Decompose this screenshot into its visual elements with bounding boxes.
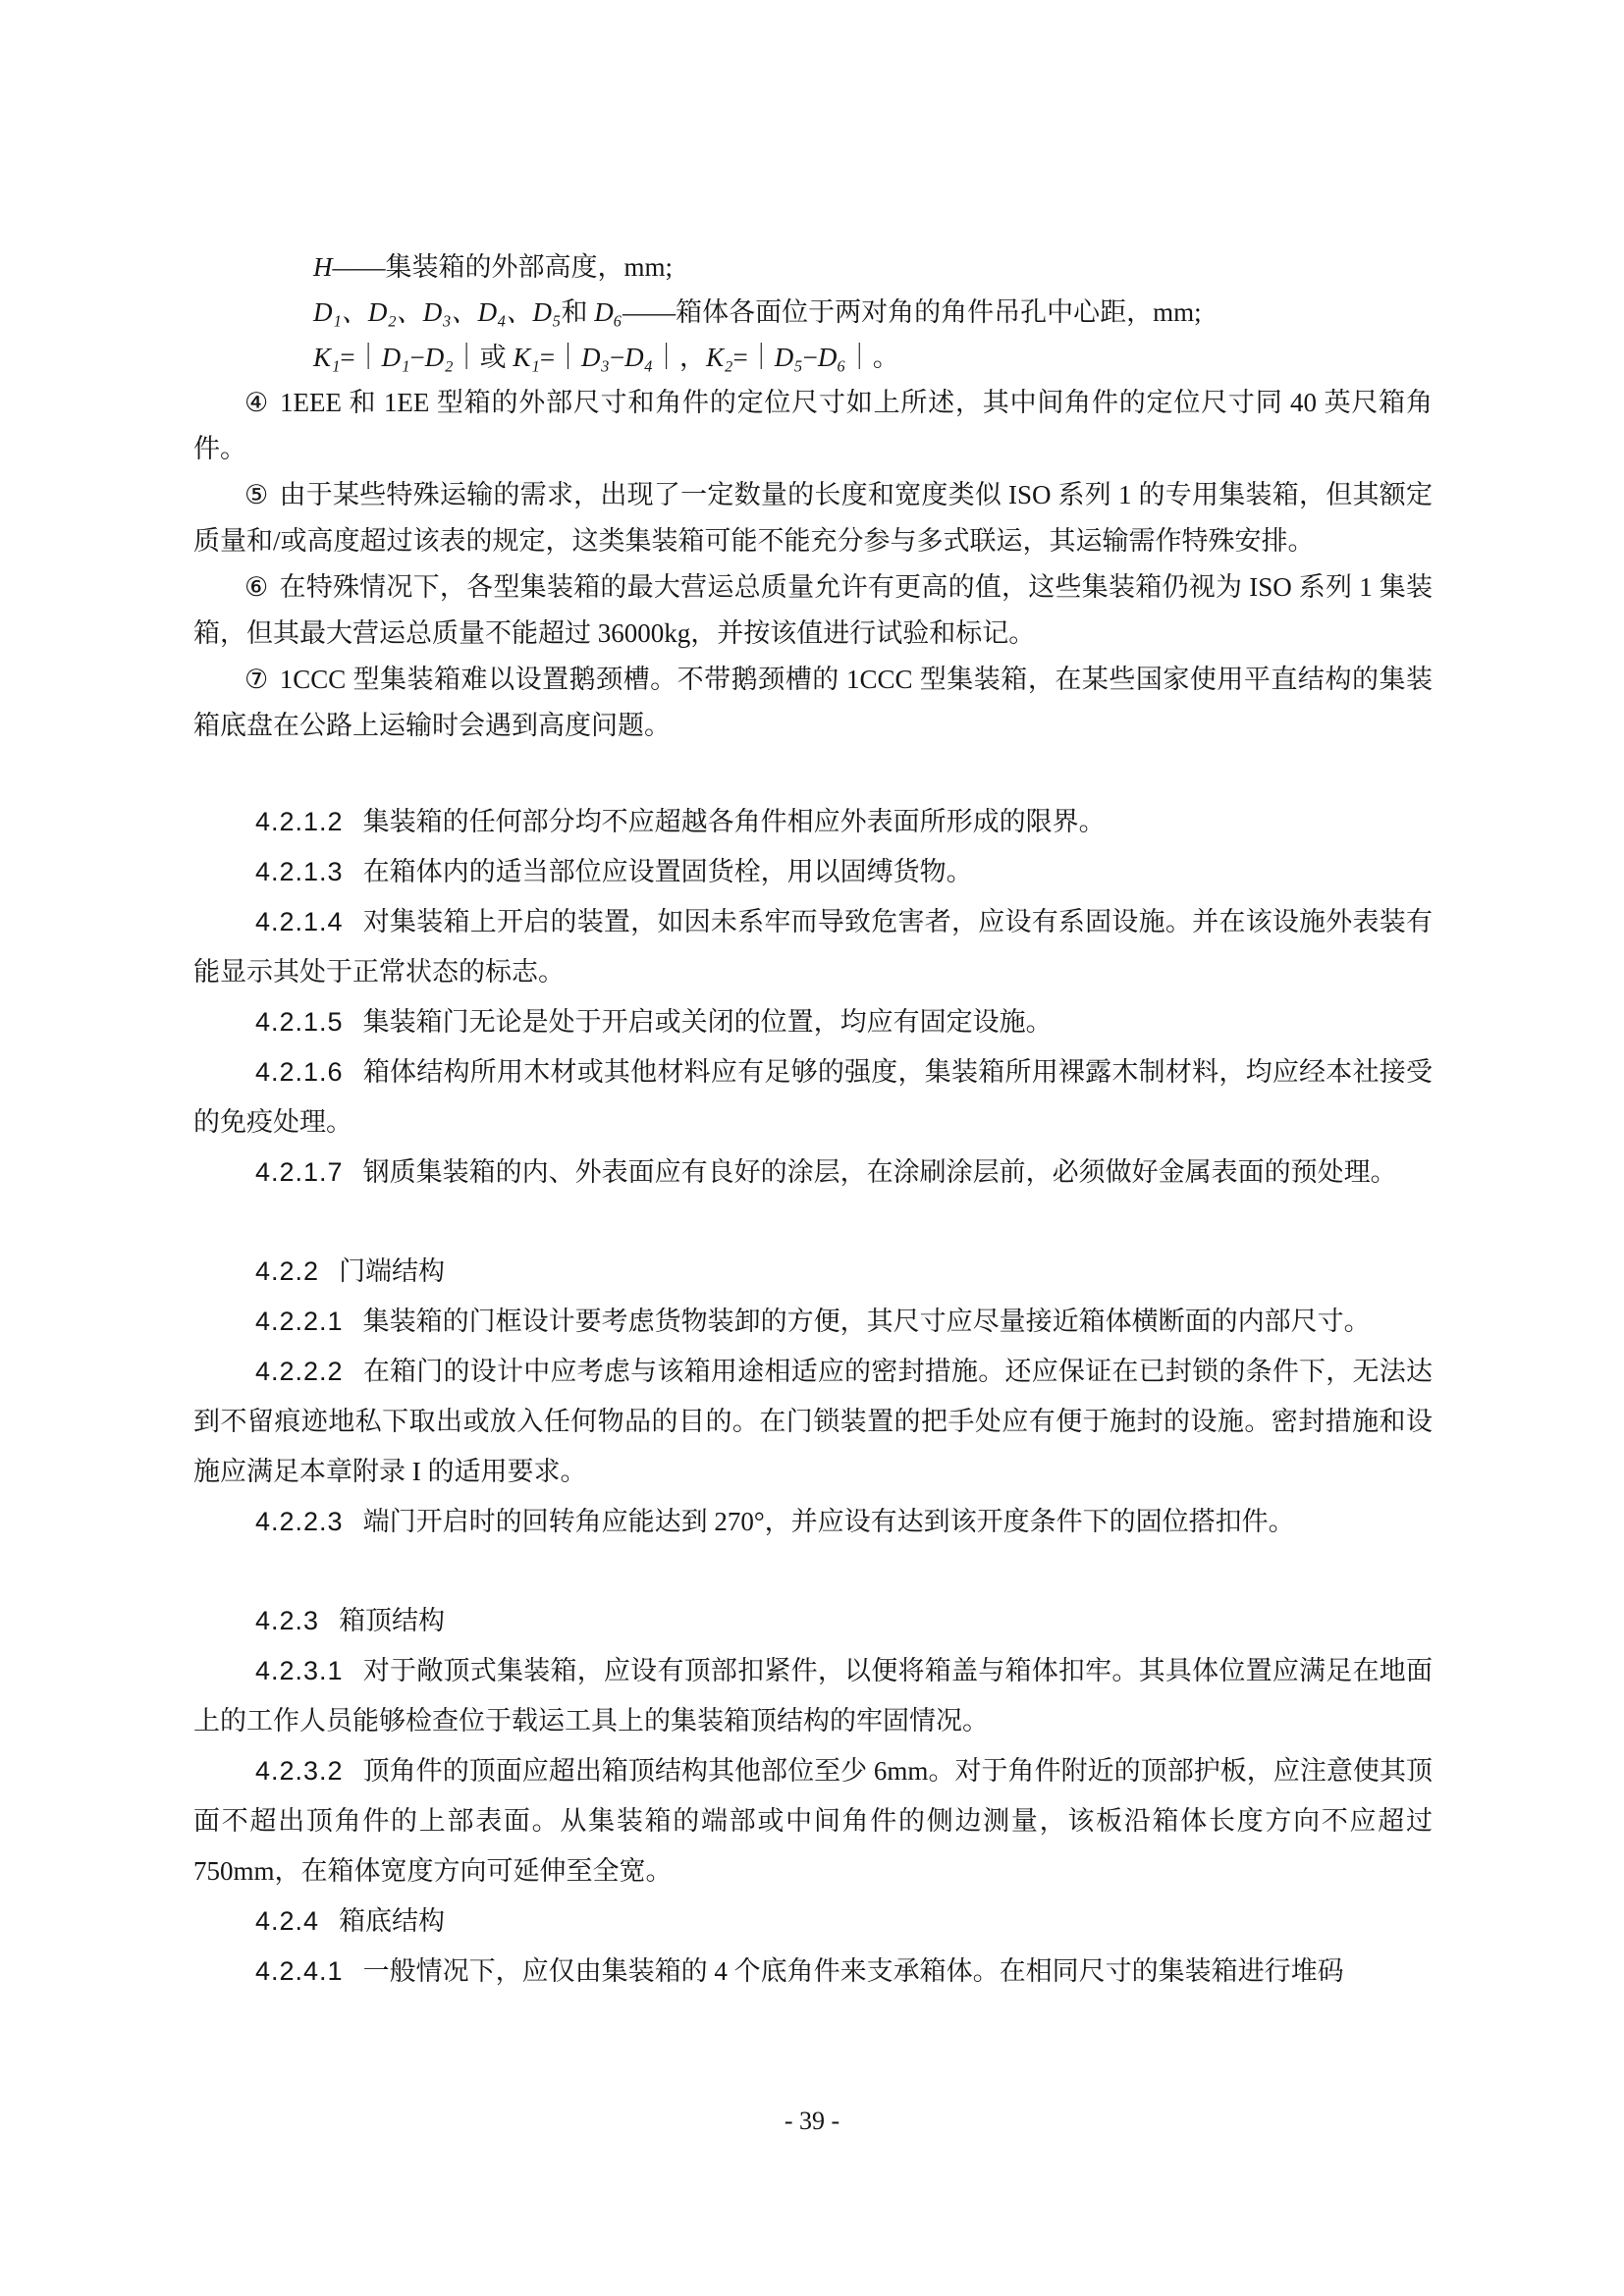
clause-text: 顶角件的顶面应超出箱顶结构其他部位至少 6mm。对于角件附近的顶部护板，应注意使… — [193, 1756, 1433, 1886]
notes-block: ④1EEE 和 1EE 型箱的外部尺寸和角件的定位尺寸如上所述，其中间角件的定位… — [193, 380, 1433, 749]
clause-text: 集装箱门无论是处于开启或关闭的位置，均应有固定设施。 — [363, 1007, 1053, 1037]
section-number: 4.2.2 — [255, 1256, 319, 1286]
clause-number: 4.2.1.2 — [255, 807, 344, 836]
section-heading-423: 4.2.3箱顶结构 — [193, 1596, 1433, 1646]
clause-text: 对集装箱上开启的装置，如因未系牢而导致危害者，应设有系固设施。并在该设施外表装有… — [193, 907, 1433, 987]
document-page: H——集装箱的外部高度，mm; D₁、D₂、D₃、D₄、D₅和 D₆——箱体各面… — [0, 0, 1624, 2296]
clause-text: 在箱体内的适当部位应设置固货栓，用以固缚货物。 — [363, 857, 973, 886]
definition-line-k: K₁=｜D₁−D₂｜或 K₁=｜D₃−D₄｜，K₂=｜D₅−D₆｜。 — [313, 335, 1433, 380]
section-424: 4.2.4箱底结构 4.2.4.1一般情况下，应仅由集装箱的 4 个底角件来支承… — [193, 1896, 1433, 1997]
clause-4223: 4.2.2.3端门开启时的回转角应能达到 270°，并应设有达到该开度条件下的固… — [193, 1497, 1433, 1547]
clause-4231: 4.2.3.1对于敞顶式集装箱，应设有顶部扣紧件，以便将箱盖与箱体扣牢。其具体位… — [193, 1646, 1433, 1746]
page-number: - 39 - — [0, 2106, 1624, 2137]
note-item-7: ⑦1CCC 型集装箱难以设置鹅颈槽。不带鹅颈槽的 1CCC 型集装箱，在某些国家… — [193, 657, 1433, 749]
section-422: 4.2.2门端结构 4.2.2.1集装箱的门框设计要考虑货物装卸的方便，其尺寸应… — [193, 1247, 1433, 1547]
clause-text: 对于敞顶式集装箱，应设有顶部扣紧件，以便将箱盖与箱体扣牢。其具体位置应满足在地面… — [193, 1656, 1433, 1735]
clause-4215: 4.2.1.5集装箱门无论是处于开启或关闭的位置，均应有固定设施。 — [193, 997, 1433, 1047]
clause-text: 端门开启时的回转角应能达到 270°，并应设有达到该开度条件下的固位搭扣件。 — [363, 1507, 1295, 1536]
note-text: 由于某些特殊运输的需求，出现了一定数量的长度和宽度类似 ISO 系列 1 的专用… — [193, 480, 1433, 556]
section-423: 4.2.3箱顶结构 4.2.3.1对于敞顶式集装箱，应设有顶部扣紧件，以便将箱盖… — [193, 1596, 1433, 1896]
clause-4214: 4.2.1.4对集装箱上开启的装置，如因未系牢而导致危害者，应设有系固设施。并在… — [193, 897, 1433, 997]
note-item-6: ⑥在特殊情况下，各型集装箱的最大营运总质量允许有更高的值，这些集装箱仍视为 IS… — [193, 564, 1433, 657]
clause-text: 箱体结构所用木材或其他材料应有足够的强度，集装箱所用裸露木制材料，均应经本社接受… — [193, 1057, 1433, 1137]
note-item-4: ④1EEE 和 1EE 型箱的外部尺寸和角件的定位尺寸如上所述，其中间角件的定位… — [193, 380, 1433, 472]
section-number: 4.2.3 — [255, 1606, 319, 1635]
clause-4222: 4.2.2.2在箱门的设计中应考虑与该箱用途相适应的密封措施。还应保证在已封锁的… — [193, 1347, 1433, 1497]
clauses-421-block: 4.2.1.2集装箱的任何部分均不应超越各角件相应外表面所形成的限界。 4.2.… — [193, 797, 1433, 1198]
circled-6-marker: ⑥ — [244, 572, 268, 602]
note-text: 1EEE 和 1EE 型箱的外部尺寸和角件的定位尺寸如上所述，其中间角件的定位尺… — [193, 388, 1433, 463]
clause-number: 4.2.1.7 — [255, 1157, 344, 1187]
circled-7-marker: ⑦ — [244, 665, 269, 694]
clause-text: 在箱门的设计中应考虑与该箱用途相适应的密封措施。还应保证在已封锁的条件下，无法达… — [193, 1357, 1433, 1486]
section-title: 箱顶结构 — [339, 1606, 445, 1635]
clause-number: 4.2.2.3 — [255, 1507, 344, 1536]
clause-number: 4.2.1.4 — [255, 907, 344, 936]
clause-number: 4.2.1.5 — [255, 1007, 344, 1037]
clause-number: 4.2.3.1 — [255, 1656, 344, 1685]
clause-number: 4.2.4.1 — [255, 1956, 344, 1986]
page-body: H——集装箱的外部高度，mm; D₁、D₂、D₃、D₄、D₅和 D₆——箱体各面… — [193, 244, 1433, 1997]
clause-4232: 4.2.3.2顶角件的顶面应超出箱顶结构其他部位至少 6mm。对于角件附近的顶部… — [193, 1746, 1433, 1896]
clause-number: 4.2.1.3 — [255, 857, 344, 886]
note-text: 1CCC 型集装箱难以设置鹅颈槽。不带鹅颈槽的 1CCC 型集装箱，在某些国家使… — [193, 665, 1433, 740]
section-title: 门端结构 — [339, 1256, 445, 1286]
note-item-5: ⑤由于某些特殊运输的需求，出现了一定数量的长度和宽度类似 ISO 系列 1 的专… — [193, 472, 1433, 564]
clause-text: 集装箱的任何部分均不应超越各角件相应外表面所形成的限界。 — [363, 807, 1106, 836]
clause-text: 集装箱的门框设计要考虑货物装卸的方便，其尺寸应尽量接近箱体横断面的内部尺寸。 — [363, 1307, 1371, 1336]
clause-number: 4.2.1.6 — [255, 1057, 344, 1087]
clause-4241: 4.2.4.1一般情况下，应仅由集装箱的 4 个底角件来支承箱体。在相同尺寸的集… — [193, 1947, 1433, 1997]
clause-number: 4.2.2.2 — [255, 1357, 344, 1386]
section-title: 箱底结构 — [339, 1906, 445, 1936]
section-number: 4.2.4 — [255, 1906, 319, 1936]
circled-5-marker: ⑤ — [244, 480, 268, 509]
clause-text: 钢质集装箱的内、外表面应有良好的涂层，在涂刷涂层前，必须做好金属表面的预处理。 — [363, 1157, 1397, 1187]
symbol-definitions: H——集装箱的外部高度，mm; D₁、D₂、D₃、D₄、D₅和 D₆——箱体各面… — [313, 244, 1433, 380]
note-text: 在特殊情况下，各型集装箱的最大营运总质量允许有更高的值，这些集装箱仍视为 ISO… — [193, 572, 1433, 648]
definition-line-d: D₁、D₂、D₃、D₄、D₅和 D₆——箱体各面位于两对角的角件吊孔中心距，mm… — [313, 290, 1433, 335]
clause-text: 一般情况下，应仅由集装箱的 4 个底角件来支承箱体。在相同尺寸的集装箱进行堆码 — [363, 1956, 1344, 1986]
section-heading-422: 4.2.2门端结构 — [193, 1247, 1433, 1297]
clause-4217: 4.2.1.7钢质集装箱的内、外表面应有良好的涂层，在涂刷涂层前，必须做好金属表… — [193, 1148, 1433, 1198]
section-heading-424: 4.2.4箱底结构 — [193, 1896, 1433, 1947]
clause-4213: 4.2.1.3在箱体内的适当部位应设置固货栓，用以固缚货物。 — [193, 847, 1433, 897]
clause-4216: 4.2.1.6箱体结构所用木材或其他材料应有足够的强度，集装箱所用裸露木制材料，… — [193, 1047, 1433, 1148]
clause-number: 4.2.2.1 — [255, 1307, 344, 1336]
definition-line-h: H——集装箱的外部高度，mm; — [313, 244, 1433, 290]
circled-4-marker: ④ — [244, 388, 269, 417]
clause-number: 4.2.3.2 — [255, 1756, 344, 1786]
clause-4212: 4.2.1.2集装箱的任何部分均不应超越各角件相应外表面所形成的限界。 — [193, 797, 1433, 847]
clause-4221: 4.2.2.1集装箱的门框设计要考虑货物装卸的方便，其尺寸应尽量接近箱体横断面的… — [193, 1297, 1433, 1347]
